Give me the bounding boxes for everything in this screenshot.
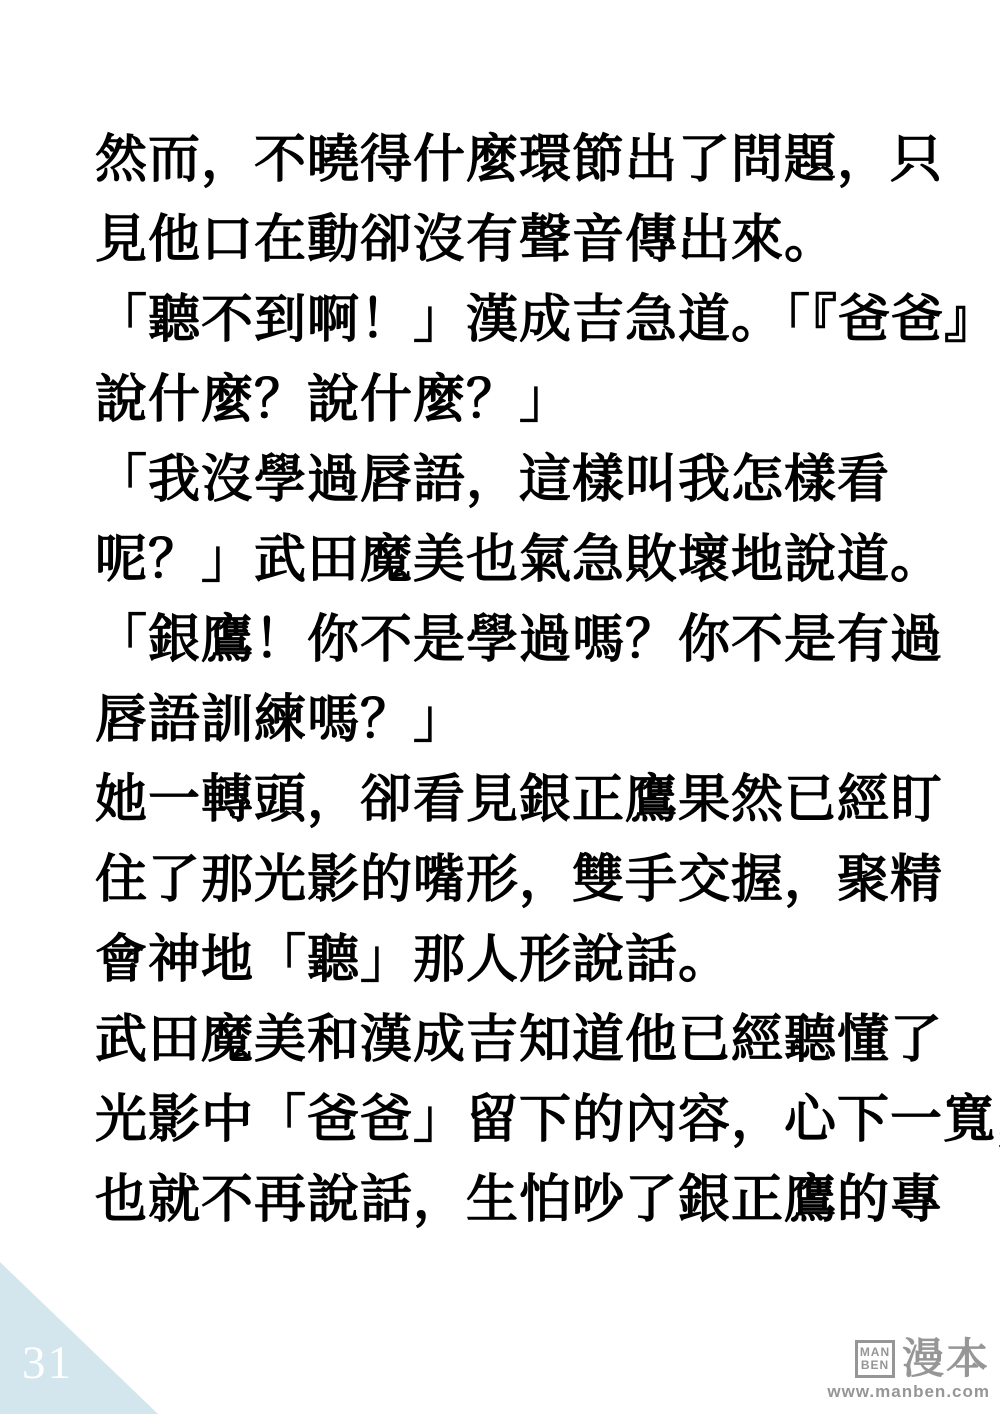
- text-line: 說什麼？說什麼？」: [95, 360, 955, 440]
- text-line: 唇語訓練嗎？」: [95, 680, 955, 760]
- manben-logo-icon: MAN BEN: [855, 1340, 895, 1378]
- manben-logo-cjk: 漫本: [902, 1339, 990, 1379]
- text-line: 她一轉頭，卻看見銀正鷹果然已經盯: [95, 760, 955, 840]
- text-line: 呢？」武田魔美也氣急敗壞地說道。: [95, 520, 955, 600]
- text-line: 見他口在動卻沒有聲音傳出來。: [95, 200, 955, 280]
- page-number: 31: [22, 1336, 73, 1390]
- text-line: 住了那光影的嘴形，雙手交握，聚精: [95, 840, 955, 920]
- manben-watermark: MAN BEN 漫本 www.manben.com: [827, 1339, 990, 1402]
- book-page: 然而，不曉得什麼環節出了問題，只 見他口在動卻沒有聲音傳出來。 「聽不到啊！」漢…: [0, 0, 1000, 1414]
- text-line: 也就不再說話，生怕吵了銀正鷹的專: [95, 1160, 955, 1240]
- manben-watermark-url: www.manben.com: [827, 1382, 990, 1402]
- text-line: 武田魔美和漢成吉知道他已經聽懂了: [95, 1000, 955, 1080]
- text-line: 會神地「聽」那人形說話。: [95, 920, 955, 1000]
- text-line: 「聽不到啊！」漢成吉急道。「『爸爸』: [95, 280, 955, 360]
- text-line: 然而，不曉得什麼環節出了問題，只: [95, 120, 955, 200]
- text-line: 光影中「爸爸」留下的內容，心下一寬，: [95, 1080, 955, 1160]
- body-text: 然而，不曉得什麼環節出了問題，只 見他口在動卻沒有聲音傳出來。 「聽不到啊！」漢…: [95, 120, 955, 1240]
- text-line: 「我沒學過唇語，這樣叫我怎樣看: [95, 440, 955, 520]
- manben-logo: MAN BEN 漫本: [827, 1339, 990, 1379]
- manben-logo-text-bottom: BEN: [861, 1359, 889, 1372]
- text-line: 「銀鷹！你不是學過嗎？你不是有過: [95, 600, 955, 680]
